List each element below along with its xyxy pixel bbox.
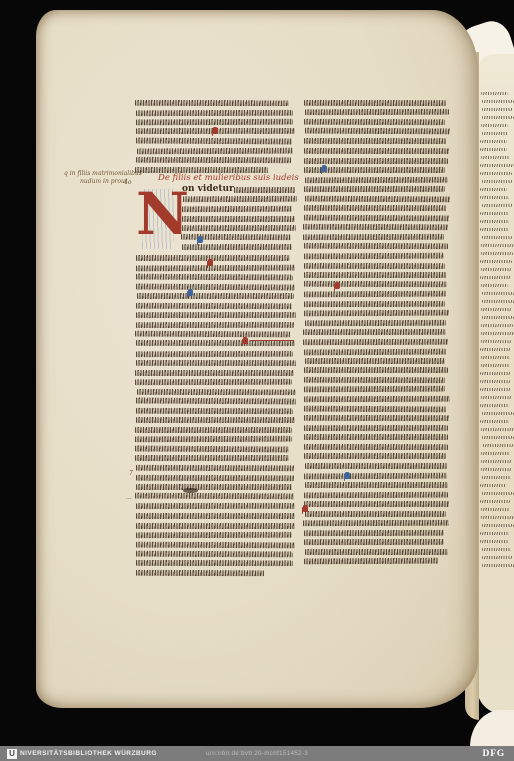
text-line bbox=[305, 549, 448, 555]
red-paraph-mark bbox=[213, 127, 218, 134]
text-line bbox=[135, 455, 289, 461]
text-line bbox=[480, 164, 514, 167]
text-line bbox=[182, 216, 295, 222]
text-line bbox=[481, 124, 508, 127]
manuscript-photo: De filiis et mulieribus suis iudeis N on… bbox=[0, 0, 514, 761]
text-line bbox=[482, 556, 512, 560]
text-line bbox=[480, 348, 511, 351]
text-line bbox=[482, 180, 512, 183]
text-line bbox=[304, 492, 448, 498]
red-paraph-mark bbox=[335, 282, 340, 289]
text-line bbox=[481, 340, 511, 344]
text-line bbox=[305, 176, 448, 182]
text-line bbox=[136, 465, 294, 471]
text-line bbox=[481, 244, 514, 248]
text-line bbox=[482, 548, 511, 551]
text-line bbox=[481, 156, 509, 159]
red-paraph-mark bbox=[303, 505, 308, 512]
text-line bbox=[304, 530, 444, 536]
text-line bbox=[481, 516, 514, 520]
text-line bbox=[304, 215, 449, 221]
text-line bbox=[135, 370, 294, 376]
text-line bbox=[135, 330, 290, 336]
text-line bbox=[480, 540, 508, 544]
text-line bbox=[480, 380, 510, 384]
text-line bbox=[304, 377, 445, 383]
text-line bbox=[136, 474, 294, 480]
blue-paraph-mark bbox=[188, 289, 193, 296]
text-line bbox=[482, 316, 514, 319]
text-line bbox=[481, 452, 509, 455]
text-line bbox=[480, 196, 509, 200]
text-line bbox=[136, 283, 295, 290]
text-line bbox=[481, 460, 512, 463]
text-line bbox=[136, 360, 296, 366]
text-line bbox=[304, 348, 446, 354]
text-line bbox=[304, 243, 448, 249]
text-line bbox=[136, 157, 291, 163]
dfg-logo: DFG bbox=[483, 749, 505, 759]
text-line bbox=[303, 520, 449, 526]
text-line bbox=[304, 272, 446, 278]
text-line bbox=[135, 493, 294, 499]
text-line bbox=[304, 463, 446, 469]
text-line bbox=[480, 188, 507, 191]
blue-paraph-mark bbox=[322, 165, 327, 172]
text-line bbox=[136, 570, 264, 576]
text-line bbox=[136, 322, 294, 328]
text-line bbox=[304, 501, 449, 507]
text-line bbox=[182, 205, 292, 211]
text-line bbox=[482, 564, 514, 567]
illuminated-initial: N bbox=[136, 185, 180, 253]
text-line bbox=[481, 332, 514, 335]
text-line bbox=[136, 119, 294, 125]
ink-stain bbox=[183, 488, 198, 493]
text-line bbox=[304, 253, 445, 259]
text-line bbox=[481, 356, 510, 360]
text-line bbox=[304, 406, 446, 412]
text-line bbox=[305, 482, 448, 488]
text-line bbox=[482, 436, 514, 439]
text-line bbox=[481, 428, 514, 432]
blue-paraph-mark bbox=[198, 236, 203, 243]
margin-note-line1: q in filiis matrimonialibus bbox=[64, 170, 142, 177]
red-paraph-mark bbox=[243, 337, 248, 344]
text-line bbox=[136, 503, 295, 509]
text-line bbox=[136, 109, 293, 115]
text-line bbox=[136, 255, 290, 261]
manuscript-page: De filiis et mulieribus suis iudeis N on… bbox=[36, 10, 478, 708]
text-line bbox=[304, 424, 448, 430]
text-line bbox=[480, 228, 508, 231]
text-line bbox=[482, 524, 514, 527]
text-line bbox=[304, 453, 446, 459]
text-line bbox=[137, 389, 296, 395]
text-line bbox=[135, 436, 292, 442]
margin-mark-mid: 7 bbox=[129, 470, 133, 477]
margin-mark-dots: ··· bbox=[126, 496, 132, 503]
text-line bbox=[135, 417, 294, 423]
text-line bbox=[304, 310, 449, 316]
text-line bbox=[482, 132, 508, 135]
text-line bbox=[482, 292, 514, 296]
text-line bbox=[136, 484, 292, 490]
text-line bbox=[480, 404, 508, 408]
text-line bbox=[482, 108, 513, 111]
text-line bbox=[480, 276, 511, 280]
incipit-text: on videtur bbox=[182, 184, 234, 194]
text-line bbox=[304, 119, 445, 125]
text-line bbox=[480, 172, 512, 175]
text-line bbox=[136, 293, 293, 299]
text-line bbox=[136, 351, 293, 357]
text-line bbox=[304, 386, 445, 392]
text-line bbox=[304, 444, 448, 450]
text-line bbox=[480, 420, 509, 423]
text-line bbox=[304, 148, 449, 154]
text-line bbox=[480, 220, 509, 223]
text-line bbox=[482, 236, 512, 240]
text-line bbox=[482, 100, 514, 103]
text-line bbox=[304, 396, 450, 402]
text-line bbox=[136, 274, 293, 280]
text-line bbox=[136, 312, 296, 318]
text-line bbox=[305, 358, 445, 364]
text-line bbox=[480, 260, 512, 263]
text-line bbox=[482, 412, 514, 415]
text-line bbox=[135, 426, 292, 432]
text-line bbox=[481, 92, 508, 95]
text-line bbox=[305, 109, 449, 115]
text-line bbox=[137, 147, 293, 153]
text-line bbox=[482, 204, 513, 208]
red-paraph-mark bbox=[208, 259, 213, 266]
text-line bbox=[136, 138, 292, 145]
text-line bbox=[480, 372, 511, 375]
text-line bbox=[303, 224, 448, 230]
text-line bbox=[234, 187, 295, 193]
text-line bbox=[135, 100, 289, 106]
text-line bbox=[304, 186, 445, 192]
text-line bbox=[483, 444, 513, 447]
text-line bbox=[480, 532, 509, 535]
text-line bbox=[305, 195, 450, 201]
text-line bbox=[480, 388, 511, 392]
text-line bbox=[480, 140, 507, 143]
text-line bbox=[481, 324, 513, 328]
text-line bbox=[480, 500, 510, 503]
text-line bbox=[135, 167, 268, 173]
text-line bbox=[136, 532, 292, 538]
margin-note-line2: nudum in prout bbox=[80, 178, 127, 185]
text-line bbox=[181, 244, 291, 250]
text-line bbox=[304, 291, 446, 297]
text-line bbox=[305, 320, 446, 326]
text-line bbox=[482, 300, 514, 304]
text-line bbox=[482, 116, 514, 119]
text-line bbox=[304, 367, 448, 373]
text-line bbox=[305, 511, 446, 517]
text-line bbox=[183, 196, 297, 202]
text-line bbox=[481, 364, 509, 367]
text-line bbox=[480, 148, 507, 152]
text-line bbox=[304, 434, 448, 440]
initial-letter-N: N bbox=[136, 179, 180, 249]
text-line bbox=[304, 301, 445, 307]
text-line bbox=[136, 551, 293, 557]
text-line bbox=[136, 407, 293, 413]
text-line bbox=[480, 212, 508, 216]
text-line bbox=[481, 252, 513, 256]
text-line bbox=[304, 262, 445, 268]
text-line bbox=[304, 281, 447, 287]
urn-identifier: urn:nbn:de:bvb:20-mchf151452-3 bbox=[0, 750, 514, 757]
text-line bbox=[303, 329, 446, 335]
text-line bbox=[304, 158, 448, 164]
text-line bbox=[304, 539, 444, 545]
text-line bbox=[136, 541, 295, 547]
text-line bbox=[135, 379, 292, 385]
text-line bbox=[304, 472, 447, 478]
text-line bbox=[304, 415, 449, 421]
text-line bbox=[303, 234, 444, 240]
text-line bbox=[304, 138, 446, 144]
text-line bbox=[135, 446, 289, 453]
text-line bbox=[481, 308, 511, 311]
text-line bbox=[305, 128, 450, 134]
text-line bbox=[481, 284, 508, 287]
text-line bbox=[136, 264, 295, 270]
text-line bbox=[136, 513, 295, 519]
text-line bbox=[481, 268, 511, 271]
text-line bbox=[304, 558, 438, 564]
text-line bbox=[481, 468, 512, 472]
text-line bbox=[304, 205, 446, 211]
text-line bbox=[182, 225, 296, 231]
text-line bbox=[482, 492, 514, 495]
viewer-footer-bar: U NIVERSITÄTSBIBLIOTHEK WÜRZBURG urn:nbn… bbox=[0, 746, 514, 761]
text-line bbox=[136, 398, 296, 404]
text-line bbox=[481, 396, 512, 399]
text-line bbox=[481, 508, 509, 512]
text-line bbox=[136, 340, 295, 346]
text-line bbox=[480, 484, 506, 487]
text-line bbox=[136, 302, 292, 308]
next-page-text bbox=[479, 92, 514, 592]
text-line bbox=[303, 339, 448, 345]
text-line bbox=[304, 100, 446, 106]
text-line bbox=[482, 476, 511, 480]
text-line bbox=[136, 523, 295, 529]
margin-mark-small: 4o bbox=[124, 179, 131, 186]
blue-paraph-mark bbox=[345, 472, 350, 479]
text-line bbox=[136, 560, 293, 566]
